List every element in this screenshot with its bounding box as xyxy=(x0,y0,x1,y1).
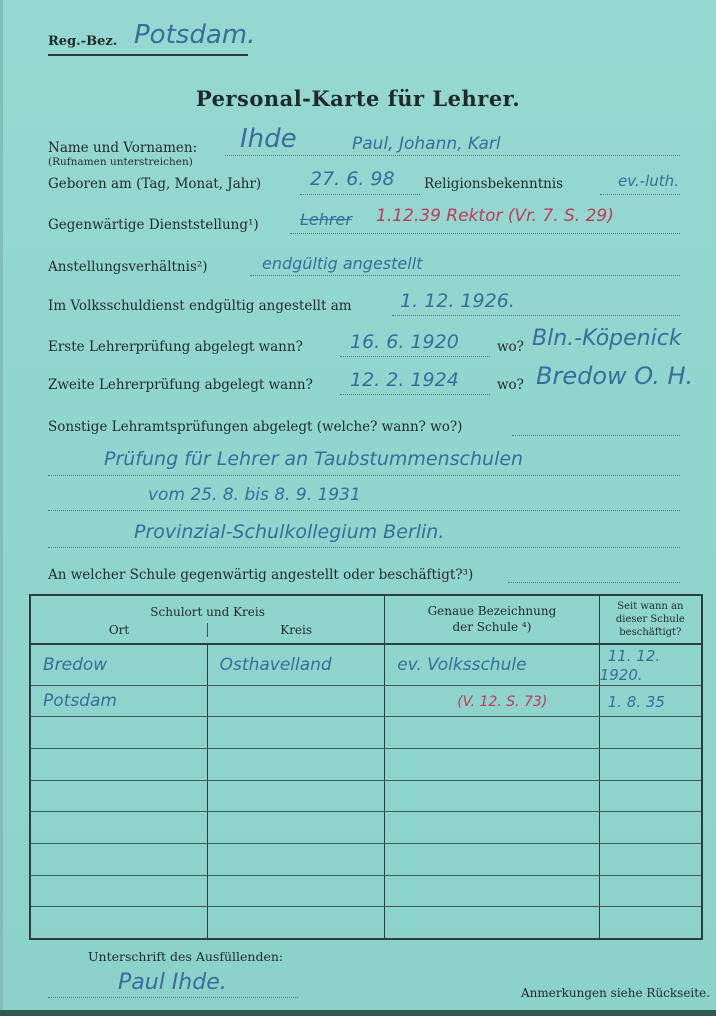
cell-ort xyxy=(30,717,207,749)
name-dotline xyxy=(225,155,680,156)
signature-value: Paul Ihde. xyxy=(118,970,227,995)
cell-bezeichnung-red xyxy=(397,726,457,742)
cell-kreis: Osthavelland xyxy=(207,644,385,686)
cell-bezeichnung xyxy=(385,749,600,781)
cell-bezeichnung-red: (V. 12. S. 73) xyxy=(397,694,547,710)
regbez-label: Reg.-Bez. xyxy=(48,34,117,49)
cell-bezeichnung-red xyxy=(397,821,457,837)
cell-kreis xyxy=(207,907,385,939)
position-dotline xyxy=(290,233,680,234)
cell-seit: 1. 8. 35 xyxy=(599,685,702,717)
second-exam-label: Zweite Lehrerprüfung abgelegt wann? xyxy=(48,377,313,393)
cell-bezeichnung xyxy=(385,780,600,812)
cell-kreis xyxy=(207,749,385,781)
cell-bezeichnung xyxy=(385,843,600,875)
cell-kreis xyxy=(207,875,385,907)
first-exam-where: Bln.-Köpenick xyxy=(532,326,682,351)
cell-bezeichnung-red xyxy=(397,916,457,932)
cell-bezeichnung-red xyxy=(397,757,457,773)
cell-ort: Potsdam xyxy=(30,685,207,717)
name-hint: (Rufnamen unterstreichen) xyxy=(48,156,193,168)
religion-value: ev.-luth. xyxy=(618,172,679,190)
second-exam-dotline xyxy=(340,394,490,395)
cell-ort xyxy=(30,907,207,939)
cell-ort xyxy=(30,812,207,844)
school-question-label: An welcher Schule gegenwärtig angestellt… xyxy=(48,567,473,583)
table-row: Potsdam(V. 12. S. 73)1. 8. 35 xyxy=(30,685,702,717)
cell-kreis xyxy=(207,780,385,812)
table-row xyxy=(30,875,702,907)
col-bezeichnung-header: Genaue Bezeichnung der Schule ⁴) xyxy=(385,595,600,644)
other-exams-label: Sonstige Lehramtsprüfungen abgelegt (wel… xyxy=(48,419,462,435)
cell-kreis xyxy=(207,717,385,749)
cell-seit xyxy=(599,907,702,939)
card-edge xyxy=(0,0,3,1016)
cell-bezeichnung: (V. 12. S. 73) xyxy=(385,685,600,717)
position-label: Gegenwärtige Dienststellung¹) xyxy=(48,217,259,233)
regbez-value: Potsdam. xyxy=(134,20,255,50)
cell-bezeichnung xyxy=(385,907,600,939)
col-kreis-header: Kreis xyxy=(208,623,384,637)
schools-table: Schulort und Kreis Ort Kreis Genaue Beze… xyxy=(29,594,703,940)
table-row: BredowOsthavellandev. Volksschule11. 12.… xyxy=(30,644,702,686)
other-exams-dotline-1 xyxy=(48,475,680,476)
other-exams-dotline xyxy=(512,435,680,436)
schulort-kreis-header: Schulort und Kreis Ort Kreis xyxy=(30,595,385,644)
cell-kreis xyxy=(207,685,385,717)
cell-bezeichnung xyxy=(385,875,600,907)
cell-bezeichnung-red xyxy=(397,852,457,868)
col-seit-header: Seit wann an dieser Schule beschäftigt? xyxy=(599,595,702,644)
cell-ort xyxy=(30,780,207,812)
cell-seit xyxy=(599,717,702,749)
cell-ort xyxy=(30,875,207,907)
employment-dotline xyxy=(250,275,680,276)
second-exam-when: 12. 2. 1924 xyxy=(350,369,459,391)
other-exams-line-3: Provinzial-Schulkollegium Berlin. xyxy=(134,521,444,543)
second-exam-where-label: wo? xyxy=(497,377,524,393)
other-exams-dotline-3 xyxy=(48,547,680,548)
religion-label: Religionsbekenntnis xyxy=(424,176,563,192)
born-dotline xyxy=(300,194,420,195)
employment-value: endgültig angestellt xyxy=(262,254,422,273)
first-exam-where-label: wo? xyxy=(497,339,524,355)
other-exams-line-2: vom 25. 8. bis 8. 9. 1931 xyxy=(148,485,361,505)
volksschul-label: Im Volksschuldienst endgültig angestellt… xyxy=(48,298,352,314)
table-row xyxy=(30,717,702,749)
cell-bezeichnung-red xyxy=(397,884,457,900)
cell-ort xyxy=(30,749,207,781)
position-red: 1.12.39 Rektor (Vr. 7. S. 29) xyxy=(376,206,614,226)
signature-label: Unterschrift des Ausfüllenden: xyxy=(88,949,283,964)
cell-ort: Bredow xyxy=(30,644,207,686)
born-label: Geboren am (Tag, Monat, Jahr) xyxy=(48,176,261,192)
cell-seit: 11. 12. 1920. xyxy=(599,644,702,686)
cell-bezeichnung-red xyxy=(527,658,587,674)
cell-bezeichnung xyxy=(385,812,600,844)
cell-bezeichnung-red xyxy=(397,789,457,805)
card-title: Personal-Karte für Lehrer. xyxy=(0,86,716,111)
cell-kreis xyxy=(207,812,385,844)
name-given: Paul, Johann, Karl xyxy=(352,134,501,154)
cell-seit xyxy=(599,780,702,812)
name-label: Name und Vornamen: xyxy=(48,140,197,156)
religion-dotline xyxy=(600,194,680,195)
cell-seit xyxy=(599,812,702,844)
personal-card: Reg.-Bez. Potsdam. Personal-Karte für Le… xyxy=(0,0,716,1016)
born-value: 27. 6. 98 xyxy=(310,168,395,190)
cell-ort xyxy=(30,843,207,875)
employment-label: Anstellungsverhältnis²) xyxy=(48,259,208,275)
card-bottom-edge xyxy=(0,1010,716,1016)
cell-kreis xyxy=(207,843,385,875)
regbez-underline xyxy=(48,54,248,56)
cell-bezeichnung: ev. Volksschule xyxy=(385,644,600,686)
volksschul-dotline xyxy=(392,315,680,316)
other-exams-dotline-2 xyxy=(48,510,680,511)
signature-dotline xyxy=(48,997,298,998)
notes-reference: Anmerkungen siehe Rückseite. xyxy=(521,986,710,1000)
school-question-dotline xyxy=(508,582,680,583)
cell-bezeichnung xyxy=(385,717,600,749)
cell-seit xyxy=(599,875,702,907)
first-exam-when: 16. 6. 1920 xyxy=(350,331,459,353)
other-exams-line-1: Prüfung für Lehrer an Taubstummenschulen xyxy=(104,448,523,470)
cell-seit xyxy=(599,843,702,875)
table-row xyxy=(30,843,702,875)
second-exam-where: Bredow O. H. xyxy=(536,362,693,390)
table-row xyxy=(30,907,702,939)
first-exam-label: Erste Lehrerprüfung abgelegt wann? xyxy=(48,339,303,355)
table-row xyxy=(30,749,702,781)
first-exam-dotline xyxy=(340,356,490,357)
cell-seit xyxy=(599,749,702,781)
name-surname: Ihde xyxy=(240,124,297,154)
table-row xyxy=(30,780,702,812)
col-ort-header: Ort xyxy=(31,623,208,637)
volksschul-value: 1. 12. 1926. xyxy=(400,290,515,312)
position-struck: Lehrer xyxy=(300,210,352,229)
table-row xyxy=(30,812,702,844)
group-header-text: Schulort und Kreis xyxy=(31,601,384,619)
